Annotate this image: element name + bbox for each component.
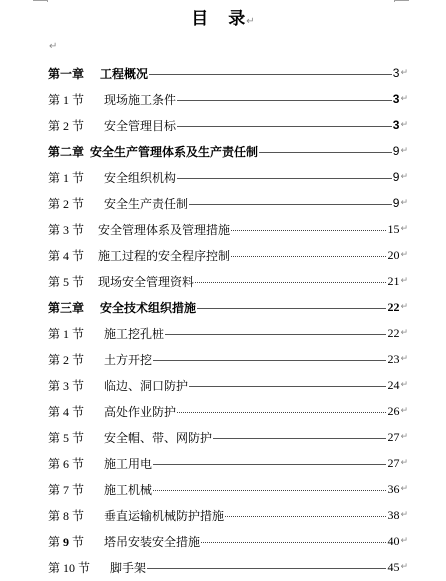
paragraph-mark-icon: ↵ <box>400 120 408 130</box>
toc-entry-title: 脚手架 <box>110 559 146 576</box>
paragraph-mark-icon: ↵ <box>400 328 408 338</box>
label-prefix: 第 <box>48 379 60 393</box>
toc-page-number: 45 <box>387 560 399 575</box>
toc-section-entry[interactable]: 第1节安全组织机构9↵ <box>48 164 408 190</box>
paragraph-mark-icon: ↵ <box>400 458 408 468</box>
toc-page-number: 24 <box>387 378 399 393</box>
label-suffix: 节 <box>72 171 84 185</box>
label-prefix: 第 <box>48 93 60 107</box>
toc-section-entry[interactable]: 第9节塔吊安装安全措施40↵ <box>48 528 408 554</box>
toc-entry-title: 安全管理体系及管理措施 <box>98 221 230 238</box>
toc-leader-line <box>231 230 386 231</box>
page-corner-mark-right <box>394 0 409 2</box>
toc-leader-line <box>259 152 392 153</box>
toc-page-number: 21 <box>387 274 399 289</box>
toc-entry-title: 安全生产管理体系及生产责任制 <box>90 143 258 160</box>
toc-page-number: 3 <box>393 118 400 132</box>
toc-section-entry[interactable]: 第4节施工过程的安全程序控制20↵ <box>48 242 408 268</box>
toc-entry-title: 施工过程的安全程序控制 <box>98 247 230 264</box>
title-char-1: 目 <box>191 9 208 29</box>
toc-leader-line <box>189 386 386 387</box>
paragraph-mark-icon: ↵ <box>400 276 408 286</box>
toc-section-entry[interactable]: 第8节垂直运输机械防护措施38↵ <box>48 502 408 528</box>
label-suffix: 节 <box>72 327 84 341</box>
label-prefix: 第 <box>48 561 60 575</box>
label-prefix: 第 <box>48 431 60 445</box>
label-prefix: 第 <box>48 405 60 419</box>
label-suffix: 节 <box>72 197 84 211</box>
toc-page-number: 3 <box>393 66 400 80</box>
toc-entry-label: 第9节 <box>48 533 84 550</box>
paragraph-mark-icon: ↵ <box>400 380 408 390</box>
toc-page-number: 26 <box>387 404 399 419</box>
paragraph-mark-icon: ↵ <box>400 562 408 572</box>
toc-entry-title: 临边、洞口防护 <box>104 377 188 394</box>
toc-entry-title: 土方开挖 <box>104 351 152 368</box>
label-number: 7 <box>63 483 69 497</box>
toc-page-number: 22 <box>387 300 399 315</box>
toc-page-number: 23 <box>387 352 399 367</box>
label-suffix: 节 <box>72 353 84 367</box>
toc-page-number: 40 <box>387 534 399 549</box>
label-number: 2 <box>63 353 69 367</box>
toc-leader-line <box>201 542 386 543</box>
toc-entry-label: 第3节 <box>48 221 84 238</box>
toc-entry-label: 第2节 <box>48 195 84 212</box>
paragraph-mark-icon: ↵ <box>400 302 408 312</box>
label-prefix: 第 <box>48 535 60 549</box>
paragraph-mark-icon: ↵ <box>400 172 408 182</box>
toc-page-number: 9 <box>393 196 400 210</box>
toc-entry-title: 安全帽、带、网防护 <box>104 429 212 446</box>
toc-entry-label: 第5节 <box>48 429 84 446</box>
toc-page-number: 9 <box>393 170 400 184</box>
paragraph-mark-icon: ↵ <box>400 94 408 104</box>
label-number: 8 <box>63 509 69 523</box>
paragraph-mark-icon: ↵ <box>400 536 408 546</box>
toc-section-entry[interactable]: 第1节现场施工条件3↵ <box>48 86 408 112</box>
toc-entry-label: 第1节 <box>48 325 84 342</box>
paragraph-mark-icon: ↵ <box>400 406 408 416</box>
toc-entry-label: 第2节 <box>48 117 84 134</box>
label-prefix: 第 <box>48 223 60 237</box>
toc-leader-line <box>213 438 386 439</box>
toc-entry-title: 施工挖孔桩 <box>104 325 164 342</box>
toc-entry-label: 第一章 <box>48 65 84 82</box>
label-number: 9 <box>63 535 69 549</box>
label-suffix: 节 <box>78 561 90 575</box>
label-prefix: 第 <box>48 119 60 133</box>
label-suffix: 节 <box>72 483 84 497</box>
toc-page-number: 9 <box>393 144 400 158</box>
toc-chapter-entry[interactable]: 第三章安全技术组织措施22↵ <box>48 294 408 320</box>
toc-entry-label: 第8节 <box>48 507 84 524</box>
toc-leader-line <box>177 412 386 413</box>
table-of-contents: 第一章工程概况3↵第1节现场施工条件3↵第2节安全管理目标3↵第二章安全生产管理… <box>48 60 408 580</box>
toc-section-entry[interactable]: 第2节安全生产责任制9↵ <box>48 190 408 216</box>
toc-leader-line <box>225 516 386 517</box>
toc-chapter-entry[interactable]: 第二章安全生产管理体系及生产责任制9↵ <box>48 138 408 164</box>
toc-leader-line <box>153 360 386 361</box>
toc-entry-title: 现场安全管理资料 <box>98 273 194 290</box>
label-number: 2 <box>63 197 69 211</box>
toc-entry-label: 第3节 <box>48 377 84 394</box>
label-suffix: 节 <box>72 431 84 445</box>
toc-section-entry[interactable]: 第5节现场安全管理资料21↵ <box>48 268 408 294</box>
toc-entry-label: 第7节 <box>48 481 84 498</box>
toc-entry-label: 第6节 <box>48 455 84 472</box>
label-prefix: 第 <box>48 197 60 211</box>
label-number: 3 <box>63 223 69 237</box>
label-suffix: 节 <box>72 379 84 393</box>
label-number: 6 <box>63 457 69 471</box>
toc-page-number: 27 <box>387 430 399 445</box>
paragraph-mark-icon: ↵ <box>246 16 254 27</box>
label-suffix: 节 <box>72 405 84 419</box>
toc-entry-label: 第二章 <box>48 143 84 160</box>
label-suffix: 节 <box>72 535 84 549</box>
page-corner-mark-left <box>33 0 48 2</box>
toc-entry-title: 施工用电 <box>104 455 152 472</box>
toc-section-entry[interactable]: 第3节安全管理体系及管理措施15↵ <box>48 216 408 242</box>
label-number: 5 <box>63 275 69 289</box>
paragraph-mark-icon: ↵ <box>400 510 408 520</box>
label-prefix: 第 <box>48 327 60 341</box>
toc-page-number: 3 <box>393 92 400 106</box>
toc-entry-title: 现场施工条件 <box>104 91 176 108</box>
toc-leader-line <box>165 334 386 335</box>
empty-paragraph: ↵ <box>48 34 57 53</box>
toc-entry-title: 安全生产责任制 <box>104 195 188 212</box>
toc-section-entry[interactable]: 第3节临边、洞口防护24↵ <box>48 372 408 398</box>
label-suffix: 节 <box>72 275 84 289</box>
toc-page-number: 15 <box>387 222 399 237</box>
label-prefix: 第 <box>48 275 60 289</box>
paragraph-mark-icon: ↵ <box>400 224 408 234</box>
label-suffix: 节 <box>72 249 84 263</box>
toc-page-number: 36 <box>387 482 399 497</box>
label-number: 2 <box>63 119 69 133</box>
toc-entry-label: 第4节 <box>48 247 84 264</box>
toc-leader-line <box>149 74 392 75</box>
label-prefix: 第 <box>48 171 60 185</box>
label-prefix: 第 <box>48 249 60 263</box>
toc-leader-line <box>195 282 386 283</box>
toc-leader-line <box>177 100 392 101</box>
toc-entry-label: 第10节 <box>48 559 90 576</box>
toc-leader-line <box>197 308 386 309</box>
toc-leader-line <box>189 204 392 205</box>
paragraph-mark-icon: ↵ <box>400 484 408 494</box>
label-suffix: 节 <box>72 93 84 107</box>
toc-leader-line <box>177 126 392 127</box>
label-number: 1 <box>63 171 69 185</box>
toc-leader-line <box>153 490 386 491</box>
toc-entry-label: 第5节 <box>48 273 84 290</box>
toc-entry-title: 垂直运输机械防护措施 <box>104 507 224 524</box>
paragraph-mark-icon: ↵ <box>49 41 57 52</box>
toc-entry-label: 第2节 <box>48 351 84 368</box>
toc-entry-label: 第三章 <box>48 299 84 316</box>
label-prefix: 第 <box>48 457 60 471</box>
toc-entry-label: 第1节 <box>48 91 84 108</box>
label-prefix: 第 <box>48 509 60 523</box>
paragraph-mark-icon: ↵ <box>400 68 408 78</box>
toc-section-entry[interactable]: 第6节施工用电27↵ <box>48 450 408 476</box>
label-prefix: 第 <box>48 353 60 367</box>
paragraph-mark-icon: ↵ <box>400 354 408 364</box>
toc-entry-title: 施工机械 <box>104 481 152 498</box>
toc-section-entry[interactable]: 第4节高处作业防护26↵ <box>48 398 408 424</box>
toc-page-number: 27 <box>387 456 399 471</box>
label-number: 10 <box>63 561 75 575</box>
toc-leader-line <box>177 178 392 179</box>
label-prefix: 第 <box>48 483 60 497</box>
paragraph-mark-icon: ↵ <box>400 198 408 208</box>
toc-page-number: 20 <box>387 248 399 263</box>
label-suffix: 节 <box>72 223 84 237</box>
label-number: 1 <box>63 93 69 107</box>
label-suffix: 节 <box>72 457 84 471</box>
toc-section-entry[interactable]: 第1节施工挖孔桩22↵ <box>48 320 408 346</box>
label-suffix: 节 <box>72 119 84 133</box>
toc-section-entry[interactable]: 第10节脚手架45↵ <box>48 554 408 580</box>
toc-section-entry[interactable]: 第2节安全管理目标3↵ <box>48 112 408 138</box>
toc-page-number: 38 <box>387 508 399 523</box>
toc-section-entry[interactable]: 第7节施工机械36↵ <box>48 476 408 502</box>
page-title: 目录↵ <box>0 4 446 29</box>
toc-leader-line <box>147 568 386 569</box>
toc-leader-line <box>153 464 386 465</box>
toc-entry-title: 安全技术组织措施 <box>100 299 196 316</box>
toc-chapter-entry[interactable]: 第一章工程概况3↵ <box>48 60 408 86</box>
label-number: 5 <box>63 431 69 445</box>
toc-entry-label: 第4节 <box>48 403 84 420</box>
toc-entry-title: 安全管理目标 <box>104 117 176 134</box>
toc-section-entry[interactable]: 第2节土方开挖23↵ <box>48 346 408 372</box>
label-suffix: 节 <box>72 509 84 523</box>
toc-leader-line <box>231 256 386 257</box>
toc-section-entry[interactable]: 第5节安全帽、带、网防护27↵ <box>48 424 408 450</box>
toc-entry-title: 安全组织机构 <box>104 169 176 186</box>
toc-entry-title: 高处作业防护 <box>104 403 176 420</box>
label-number: 4 <box>63 249 69 263</box>
toc-page-number: 22 <box>387 326 399 341</box>
paragraph-mark-icon: ↵ <box>400 250 408 260</box>
label-number: 1 <box>63 327 69 341</box>
label-number: 3 <box>63 379 69 393</box>
label-number: 4 <box>63 405 69 419</box>
paragraph-mark-icon: ↵ <box>400 146 408 156</box>
toc-entry-title: 工程概况 <box>100 65 148 82</box>
toc-entry-title: 塔吊安装安全措施 <box>104 533 200 550</box>
title-char-2: 录 <box>228 9 245 29</box>
paragraph-mark-icon: ↵ <box>400 432 408 442</box>
toc-entry-label: 第1节 <box>48 169 84 186</box>
